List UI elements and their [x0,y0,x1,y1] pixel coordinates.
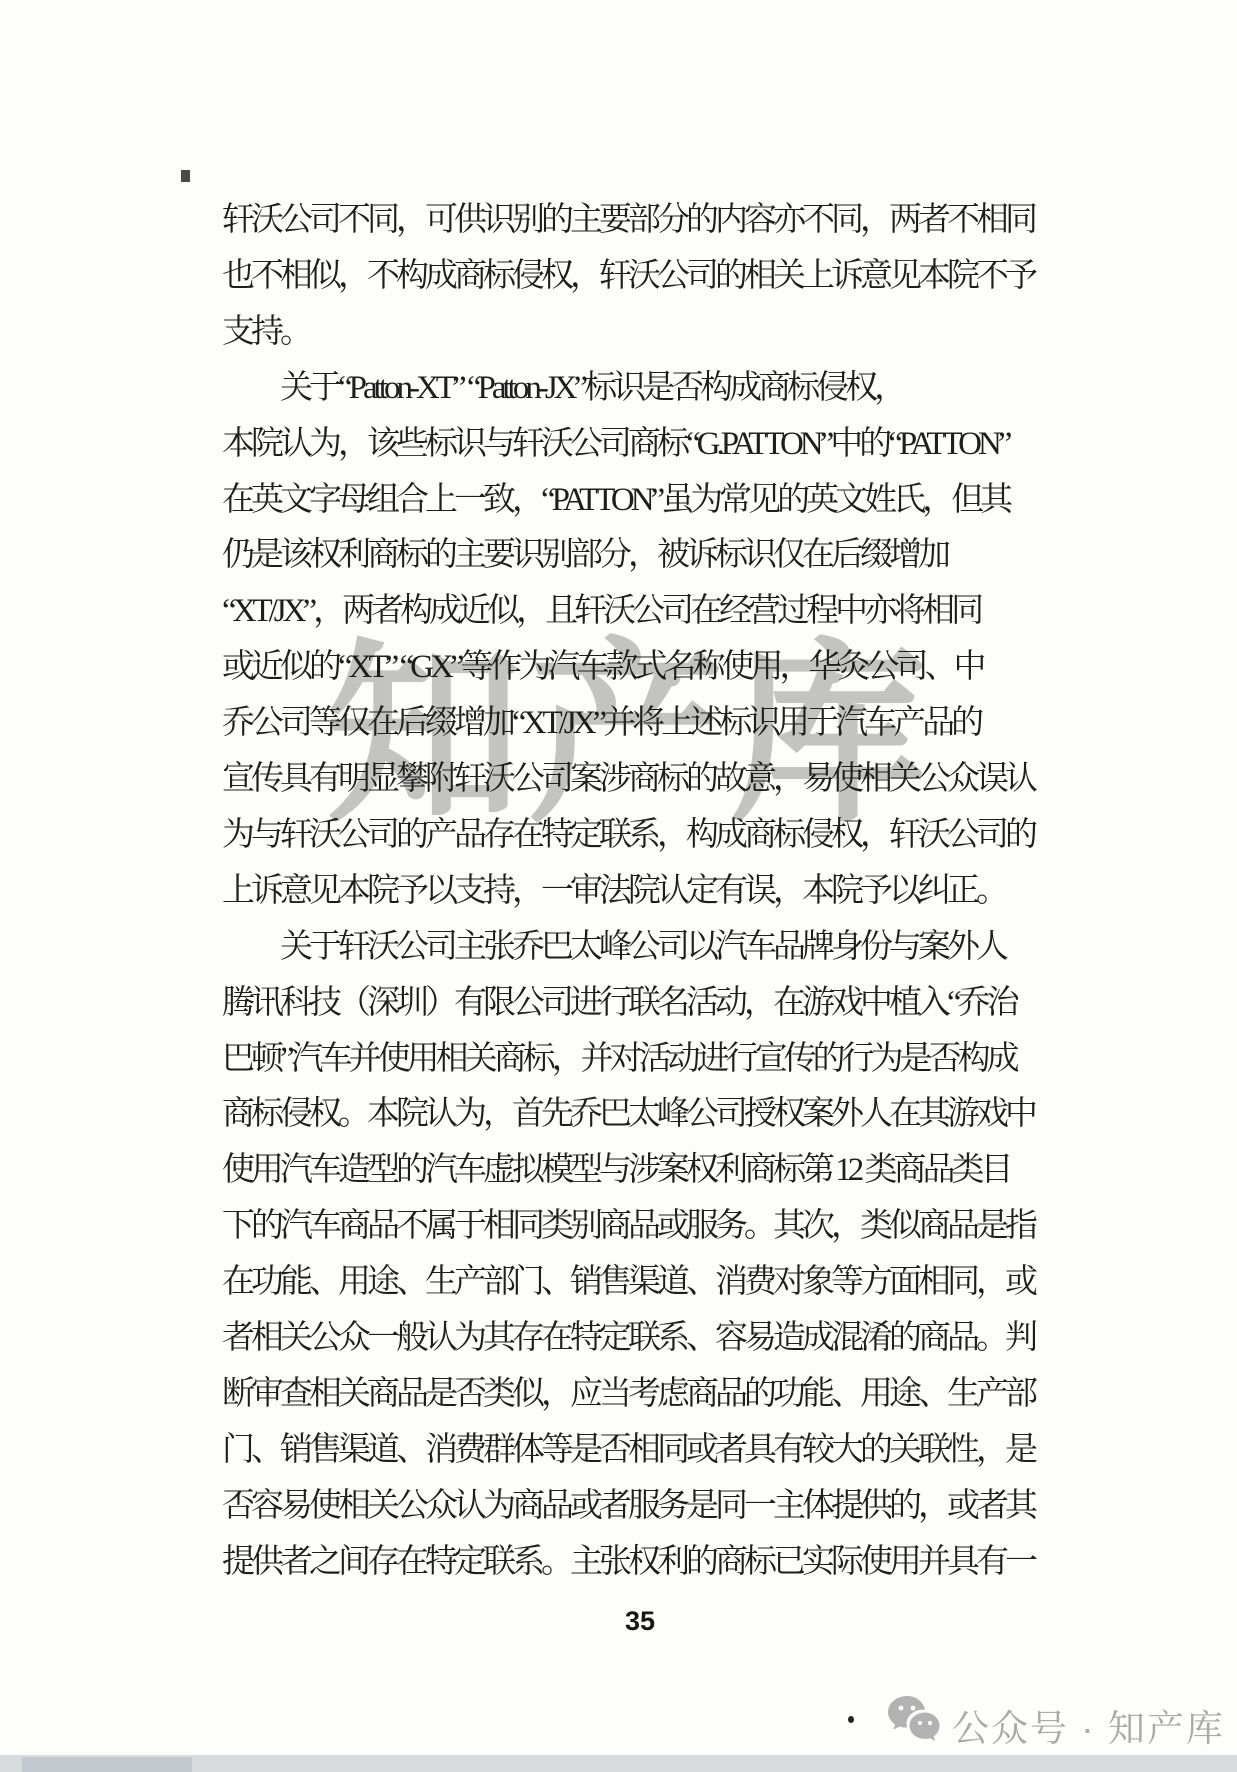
text-line: 否容易使相关公众认为商品或者服务是同一主体提供的，或者其 [222,1486,1034,1526]
text-line: 者相关公众一般认为其存在特定联系、容易造成混淆的商品。判 [222,1318,1034,1358]
text-line: 轩沃公司不同，可供识别的主要部分的内容亦不同，两者不相同 [222,200,1034,240]
text-line: 乔公司等仅在后缀增加“XT/JX”并将上述标识用于汽车产品的 [222,703,980,743]
text-line: 关于轩沃公司主张乔巴太峰公司以汽车品牌身份与案外人 [222,927,1005,967]
document-body: 轩沃公司不同，可供识别的主要部分的内容亦不同，两者不相同也不相似，不构成商标侵权… [0,0,1237,1772]
footer-account-label: 公众号 · 知产库 [952,1698,1225,1752]
document-page: 知产库 轩沃公司不同，可供识别的主要部分的内容亦不同，两者不相同也不相似，不构成… [0,0,1237,1772]
text-line: 在英文字母组合上一致，“PATTON”虽为常见的英文姓氏，但其 [222,480,1009,520]
text-line: 为与轩沃公司的产品存在特定联系，构成商标侵权，轩沃公司的 [222,815,1034,855]
footer-dot [848,1716,854,1723]
text-line: 在功能、用途、生产部门、销售渠道、消费对象等方面相同，或 [222,1262,1034,1302]
text-line: 下的汽车商品不属于相同类别商品或服务。其次，类似商品是指 [222,1206,1034,1246]
footer: 公众号 · 知产库 [0,1690,1237,1750]
bottom-edge-bar-shadow [22,1757,192,1772]
text-line: 使用汽车造型的汽车虚拟模型与涉案权利商标第 12 类商品类目 [222,1150,1010,1190]
text-line: 断审查相关商品是否类似，应当考虑商品的功能、用途、生产部 [222,1374,1034,1414]
text-line: 本院认为，该些标识与轩沃公司商标“G.PATTON”中的“PATTON” [222,424,1008,464]
text-line: 或近似的“XT” “GX”等作为汽车款式名称使用，华灸公司、中 [222,647,983,687]
text-line: 巴顿”汽车并使用相关商标，并对活动进行宣传的行为是否构成 [222,1039,1016,1079]
text-line: 腾讯科技（深圳）有限公司进行联名活动，在游戏中植入“乔治 [222,983,1016,1023]
wechat-icon [886,1694,942,1746]
text-line: 门、销售渠道、消费群体等是否相同或者具有较大的关联性，是 [222,1430,1034,1470]
text-line: 商标侵权。本院认为，首先乔巴太峰公司授权案外人在其游戏中 [222,1094,1034,1134]
text-line: 仍是该权利商标的主要识别部分，被诉标识仅在后缀增加 [222,535,947,575]
text-line: 关于“Patton-XT” “Patton-JX”标识是否构成商标侵权， [222,368,903,408]
text-line: 提供者之间存在特定联系。主张权利的商标已实际使用并具有一 [222,1542,1034,1582]
text-line: 上诉意见本院予以支持，一审法院认定有误，本院予以纠正。 [222,871,1005,911]
page-number: 35 [560,1606,720,1637]
text-line: 宣传具有明显攀附轩沃公司案涉商标的故意，易使相关公众误认 [222,759,1034,799]
text-line: 支持。 [222,312,309,352]
text-line: 也不相似，不构成商标侵权，轩沃公司的相关上诉意见本院不予 [222,256,1034,296]
text-line: “XT/JX”，两者构成近似，且轩沃公司在经营过程中亦将相同 [222,591,980,631]
